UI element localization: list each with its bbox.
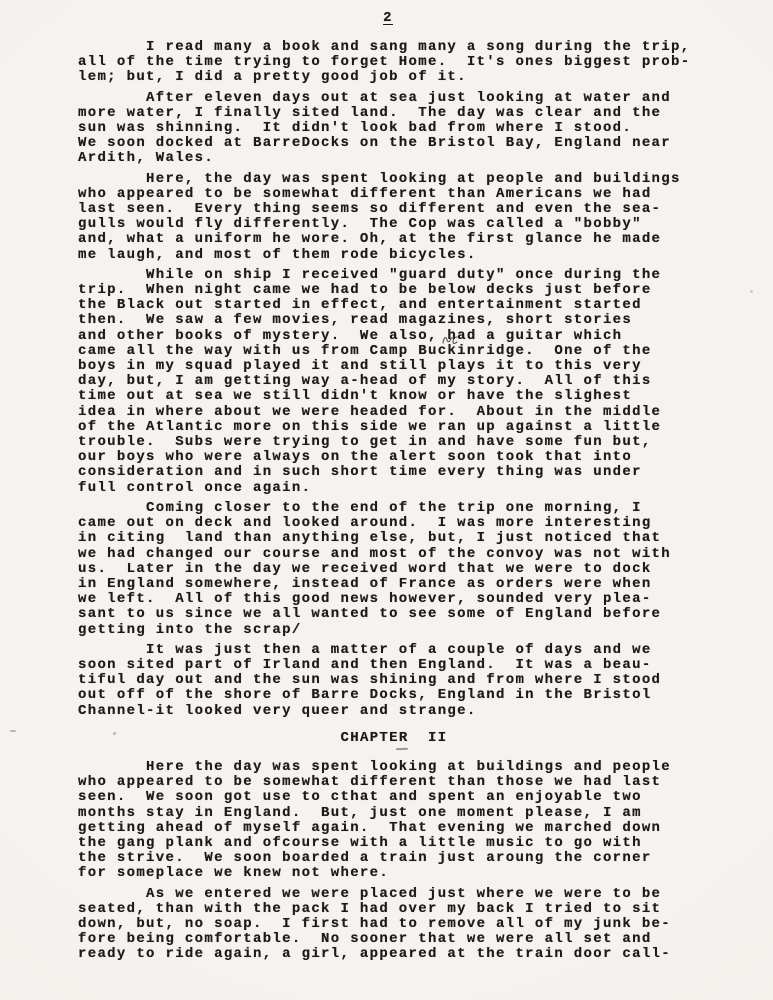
text-line: seen. We soon got use to cthat and spent… bbox=[78, 790, 710, 805]
chapter-heading: CHAPTER II bbox=[78, 731, 710, 746]
scan-speck bbox=[10, 730, 16, 732]
text-line: came all the way with us from Camp Bucki… bbox=[78, 344, 710, 359]
text-line: last seen. Every thing seems so differen… bbox=[78, 202, 710, 217]
text-line: consideration and in such short time eve… bbox=[78, 465, 710, 480]
text-line: While on ship I received "guard duty" on… bbox=[78, 268, 710, 283]
scan-speck bbox=[750, 290, 753, 293]
text-line: the gang plank and ofcourse with a littl… bbox=[78, 836, 710, 851]
text-line: As we entered we were placed just where … bbox=[78, 887, 710, 902]
text-line: After eleven days out at sea just lookin… bbox=[78, 91, 710, 106]
paragraph: I read many a book and sang many a song … bbox=[78, 40, 710, 86]
text-line: months stay in England. But, just one mo… bbox=[78, 806, 710, 821]
text-line: Here, the day was spent looking at peopl… bbox=[78, 172, 710, 187]
text-line: for someplace we knew not where. bbox=[78, 866, 710, 881]
text-line: lem; but, I did a pretty good job of it. bbox=[78, 70, 710, 85]
paragraph: Coming closer to the end of the trip one… bbox=[78, 501, 710, 638]
scan-speck bbox=[113, 732, 116, 735]
paragraph: As we entered we were placed just where … bbox=[78, 887, 710, 963]
paragraph: Here, the day was spent looking at peopl… bbox=[78, 172, 710, 263]
text-line: us. Later in the day we received word th… bbox=[78, 562, 710, 577]
scan-artifact-dash bbox=[396, 748, 408, 750]
text-line: in England somewhere, instead of France … bbox=[78, 577, 710, 592]
text-line: out off of the shore of Barre Docks, Eng… bbox=[78, 688, 710, 703]
text-line: then. We saw a few movies, read magazine… bbox=[78, 313, 710, 328]
text-line: I read many a book and sang many a song … bbox=[78, 40, 710, 55]
text-line: and other books of mystery. We also, had… bbox=[78, 329, 710, 344]
text-line: sant to us since we all wanted to see so… bbox=[78, 607, 710, 622]
text-line: time out at sea we still didn't know or … bbox=[78, 389, 710, 404]
text-line: getting ahead of myself again. That even… bbox=[78, 821, 710, 836]
text-line: more water, I finally sited land. The da… bbox=[78, 106, 710, 121]
text-line: Ardith, Wales. bbox=[78, 151, 710, 166]
text-line: ready to ride again, a girl, appeared at… bbox=[78, 947, 710, 962]
text-line: Here the day was spent looking at buildi… bbox=[78, 760, 710, 775]
text-line: It was just then a matter of a couple of… bbox=[78, 643, 710, 658]
text-line: boys in my squad played it and still pla… bbox=[78, 359, 710, 374]
paragraph: After eleven days out at sea just lookin… bbox=[78, 91, 710, 167]
text-line: seated, than with the pack I had over my… bbox=[78, 902, 710, 917]
typed-insertion-mark-icon bbox=[441, 333, 463, 346]
page-number: 2 bbox=[78, 10, 698, 27]
text-line: Channel-it looked very queer and strange… bbox=[78, 704, 710, 719]
text-line: who appeared to be somewhat different th… bbox=[78, 187, 710, 202]
text-line: and, what a uniform he wore. Oh, at the … bbox=[78, 232, 710, 247]
paragraph: While on ship I received "guard duty" on… bbox=[78, 268, 710, 496]
text-line: in citing land than anything else, but, … bbox=[78, 531, 710, 546]
typewritten-document-page: 2 I read many a book and sang many a son… bbox=[0, 0, 773, 1000]
text-line: soon sited part of Irland and then Engla… bbox=[78, 658, 710, 673]
page-content: I read many a book and sang many a song … bbox=[78, 40, 710, 968]
text-line: Coming closer to the end of the trip one… bbox=[78, 501, 710, 516]
text-line: trouble. Subs were trying to get in and … bbox=[78, 435, 710, 450]
paragraph: Here the day was spent looking at buildi… bbox=[78, 760, 710, 882]
text-line: sun was shinning. It didn't look bad fro… bbox=[78, 121, 710, 136]
text-line: we had changed our course and most of th… bbox=[78, 547, 710, 562]
text-line: down, but, no soap. I first had to remov… bbox=[78, 917, 710, 932]
text-line: getting into the scrap/ bbox=[78, 623, 710, 638]
text-line: full control once again. bbox=[78, 481, 710, 496]
text-line: of the Atlantic more on this side we ran… bbox=[78, 420, 710, 435]
paragraph: It was just then a matter of a couple of… bbox=[78, 643, 710, 719]
text-line: idea in where about we were headed for. … bbox=[78, 405, 710, 420]
text-line: trip. When night came we had to be below… bbox=[78, 283, 710, 298]
text-line: me laugh, and most of them rode bicycles… bbox=[78, 248, 710, 263]
